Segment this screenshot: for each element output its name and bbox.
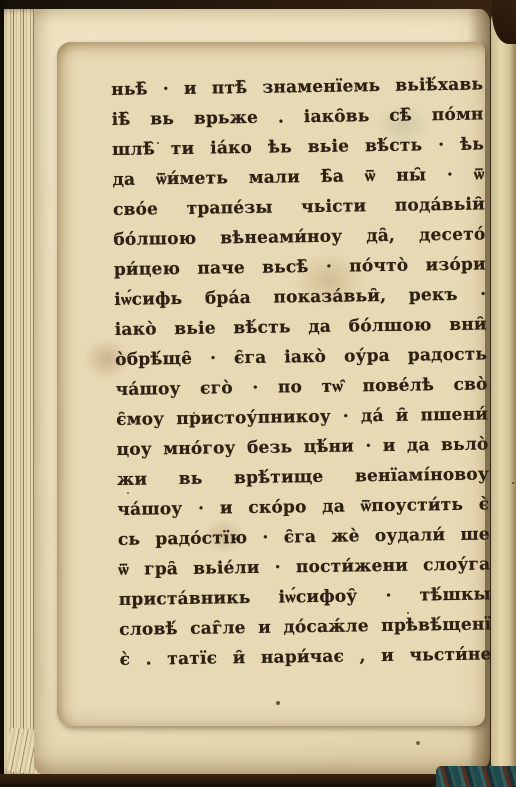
marbled-cover-corner — [436, 766, 516, 787]
book-cover-top-edge — [0, 0, 516, 9]
text-block: ньѣ̑ · и птѣ̑ знаменїемь вьіѣ́хавьіѣ̑ вь… — [111, 69, 492, 674]
photo-left-edge — [0, 0, 4, 787]
manuscript-leaf: ньѣ̑ · и птѣ̑ знаменїемь вьіѣ́хавьіѣ̑ вь… — [57, 42, 485, 726]
manuscript-photo: ньѣ̑ · и птѣ̑ знаменїемь вьіѣ́хавьіѣ̑ вь… — [0, 0, 516, 787]
gutter-page-curve — [491, 9, 516, 775]
manuscript-line: є̀ . татїє и̑ нари́чає , и чьсти́не — [119, 639, 491, 675]
